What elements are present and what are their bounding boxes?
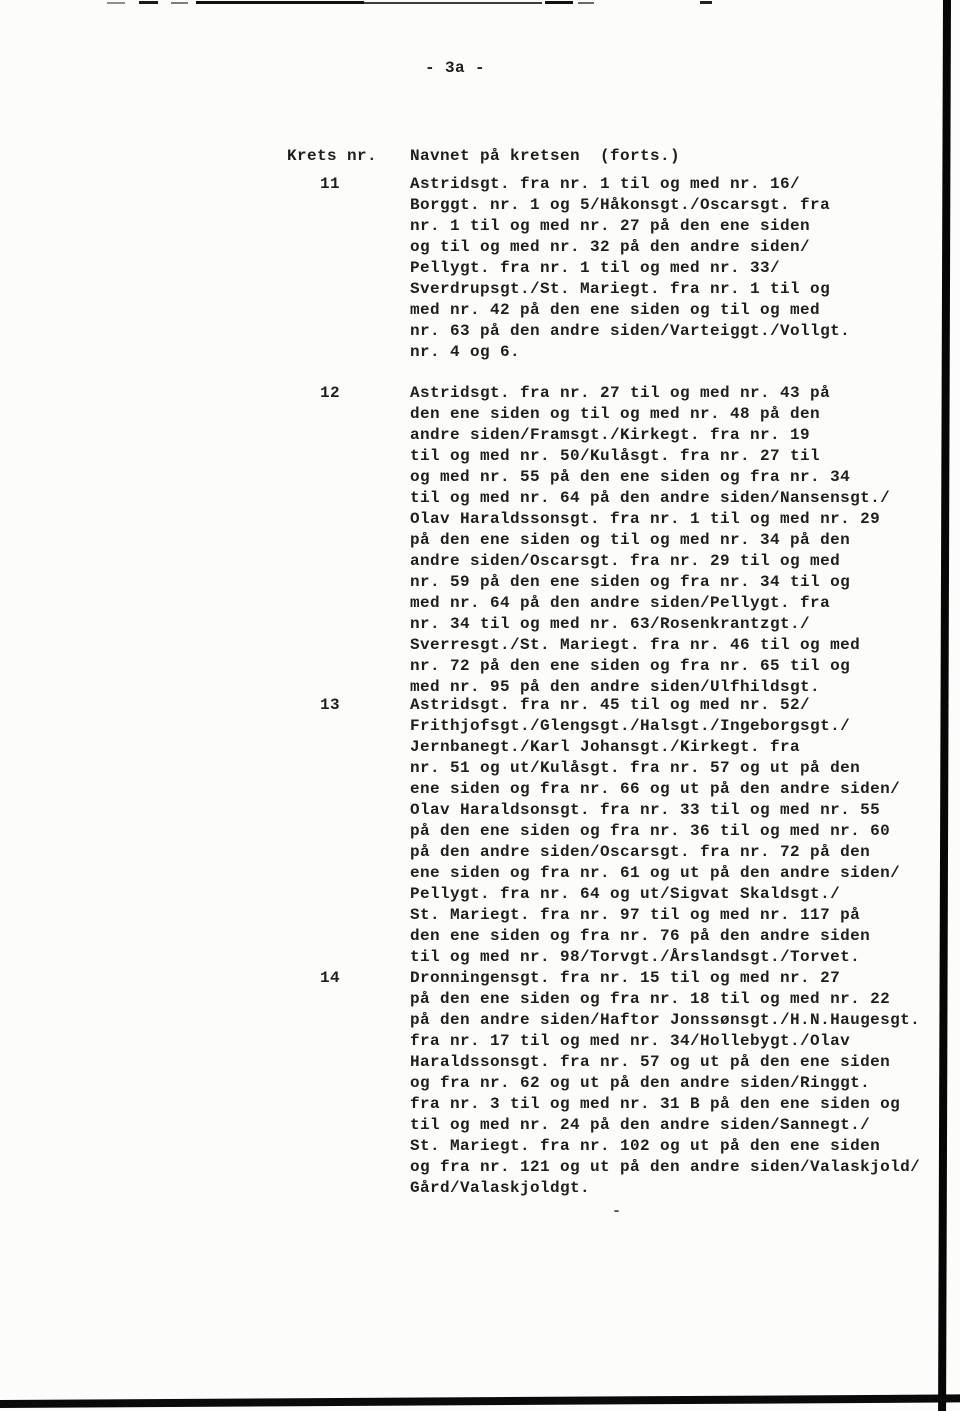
district-description: Astridsgt. fra nr. 27 til og med nr. 43 … — [410, 383, 890, 698]
scan-artifact-top-line — [139, 1, 158, 4]
krets-number: 14 — [303, 968, 357, 989]
scan-artifact-top-line — [545, 1, 573, 4]
scan-artifact-top-line — [578, 2, 594, 4]
scan-artifact-top-line — [107, 2, 125, 4]
scan-artifact-top-line — [364, 2, 542, 4]
krets-column-header: Krets nr. — [287, 146, 377, 167]
scan-artifact-bottom-edge-bar — [0, 1394, 960, 1408]
name-column-header: Navnet på kretsen (forts.) — [410, 146, 680, 167]
scan-artifact-top-line — [171, 2, 188, 4]
krets-number: 13 — [303, 695, 357, 716]
krets-number: 12 — [303, 383, 357, 404]
scan-artifact-top-line — [700, 1, 712, 4]
scan-artifact-right-edge-bar — [938, 0, 951, 1411]
page-number: - 3a - — [400, 58, 510, 79]
scanned-document-page: - 3a - Krets nr. Navnet på kretsen (fort… — [0, 0, 960, 1411]
scan-artifact-stray-mark: - — [612, 1203, 621, 1220]
krets-number: 11 — [303, 174, 357, 195]
district-description: Dronningensgt. fra nr. 15 til og med nr.… — [410, 968, 920, 1199]
scan-artifact-top-line — [196, 1, 364, 4]
district-description: Astridsgt. fra nr. 1 til og med nr. 16/ … — [410, 174, 850, 363]
district-description: Astridsgt. fra nr. 45 til og med nr. 52/… — [410, 695, 900, 968]
